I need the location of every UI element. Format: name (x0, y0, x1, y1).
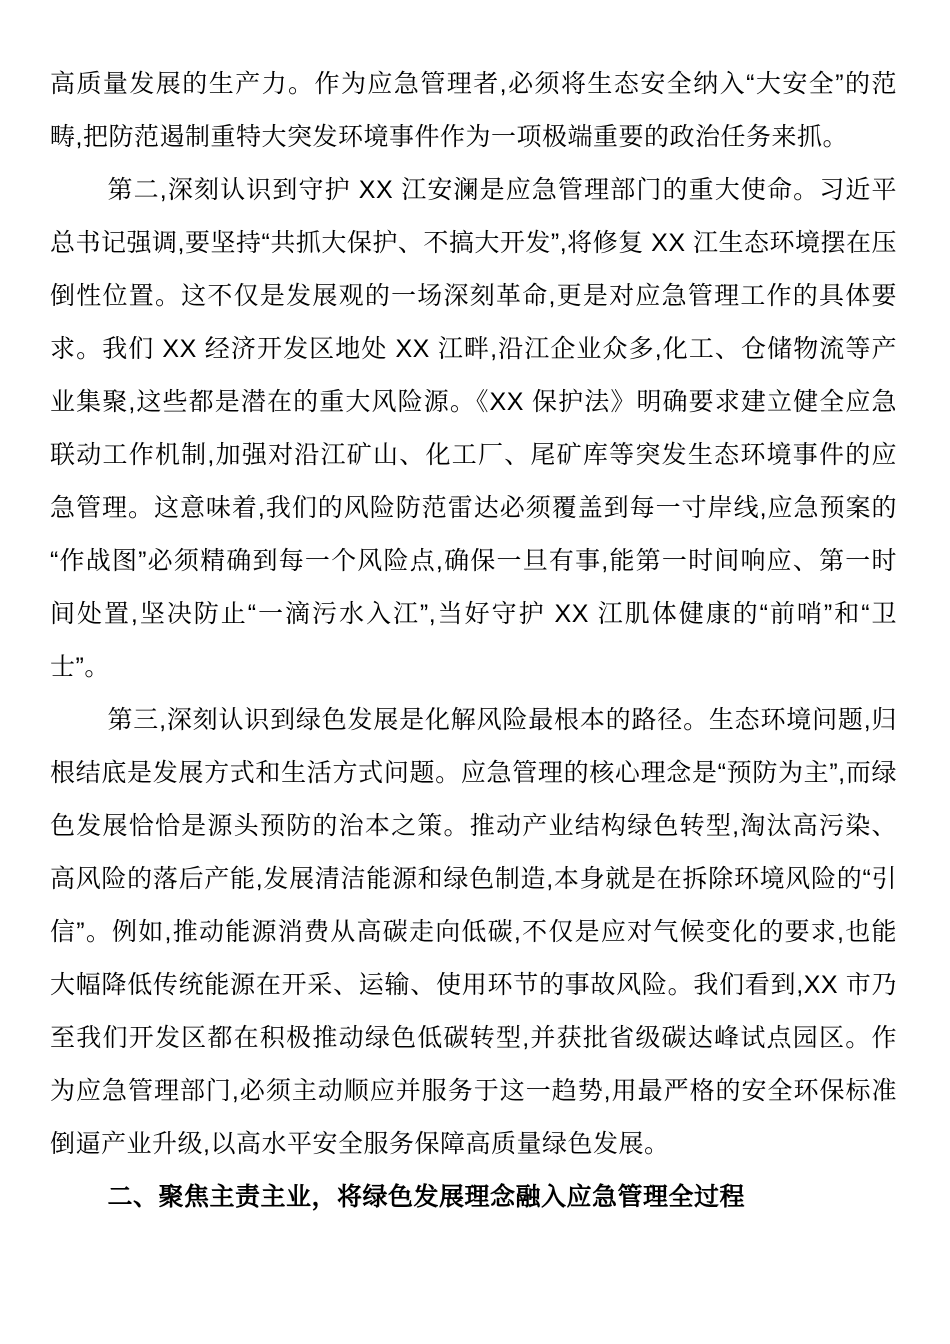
body-paragraph: 第三,深刻认识到绿色发展是化解风险最根本的路径。生态环境问题,归根结底是发展方式… (50, 694, 897, 1171)
document-page: 高质量发展的生产力。作为应急管理者,必须将生态安全纳入“大安全”的范畴,把防范遏… (0, 0, 950, 1344)
section-heading: 二、聚焦主责主业，将绿色发展理念融入应急管理全过程 (50, 1171, 897, 1224)
body-paragraph: 第二,深刻认识到守护 XX 江安澜是应急管理部门的重大使命。习近平总书记强调,要… (50, 164, 897, 694)
body-paragraph: 高质量发展的生产力。作为应急管理者,必须将生态安全纳入“大安全”的范畴,把防范遏… (50, 58, 897, 164)
document-body: 高质量发展的生产力。作为应急管理者,必须将生态安全纳入“大安全”的范畴,把防范遏… (50, 58, 897, 1224)
